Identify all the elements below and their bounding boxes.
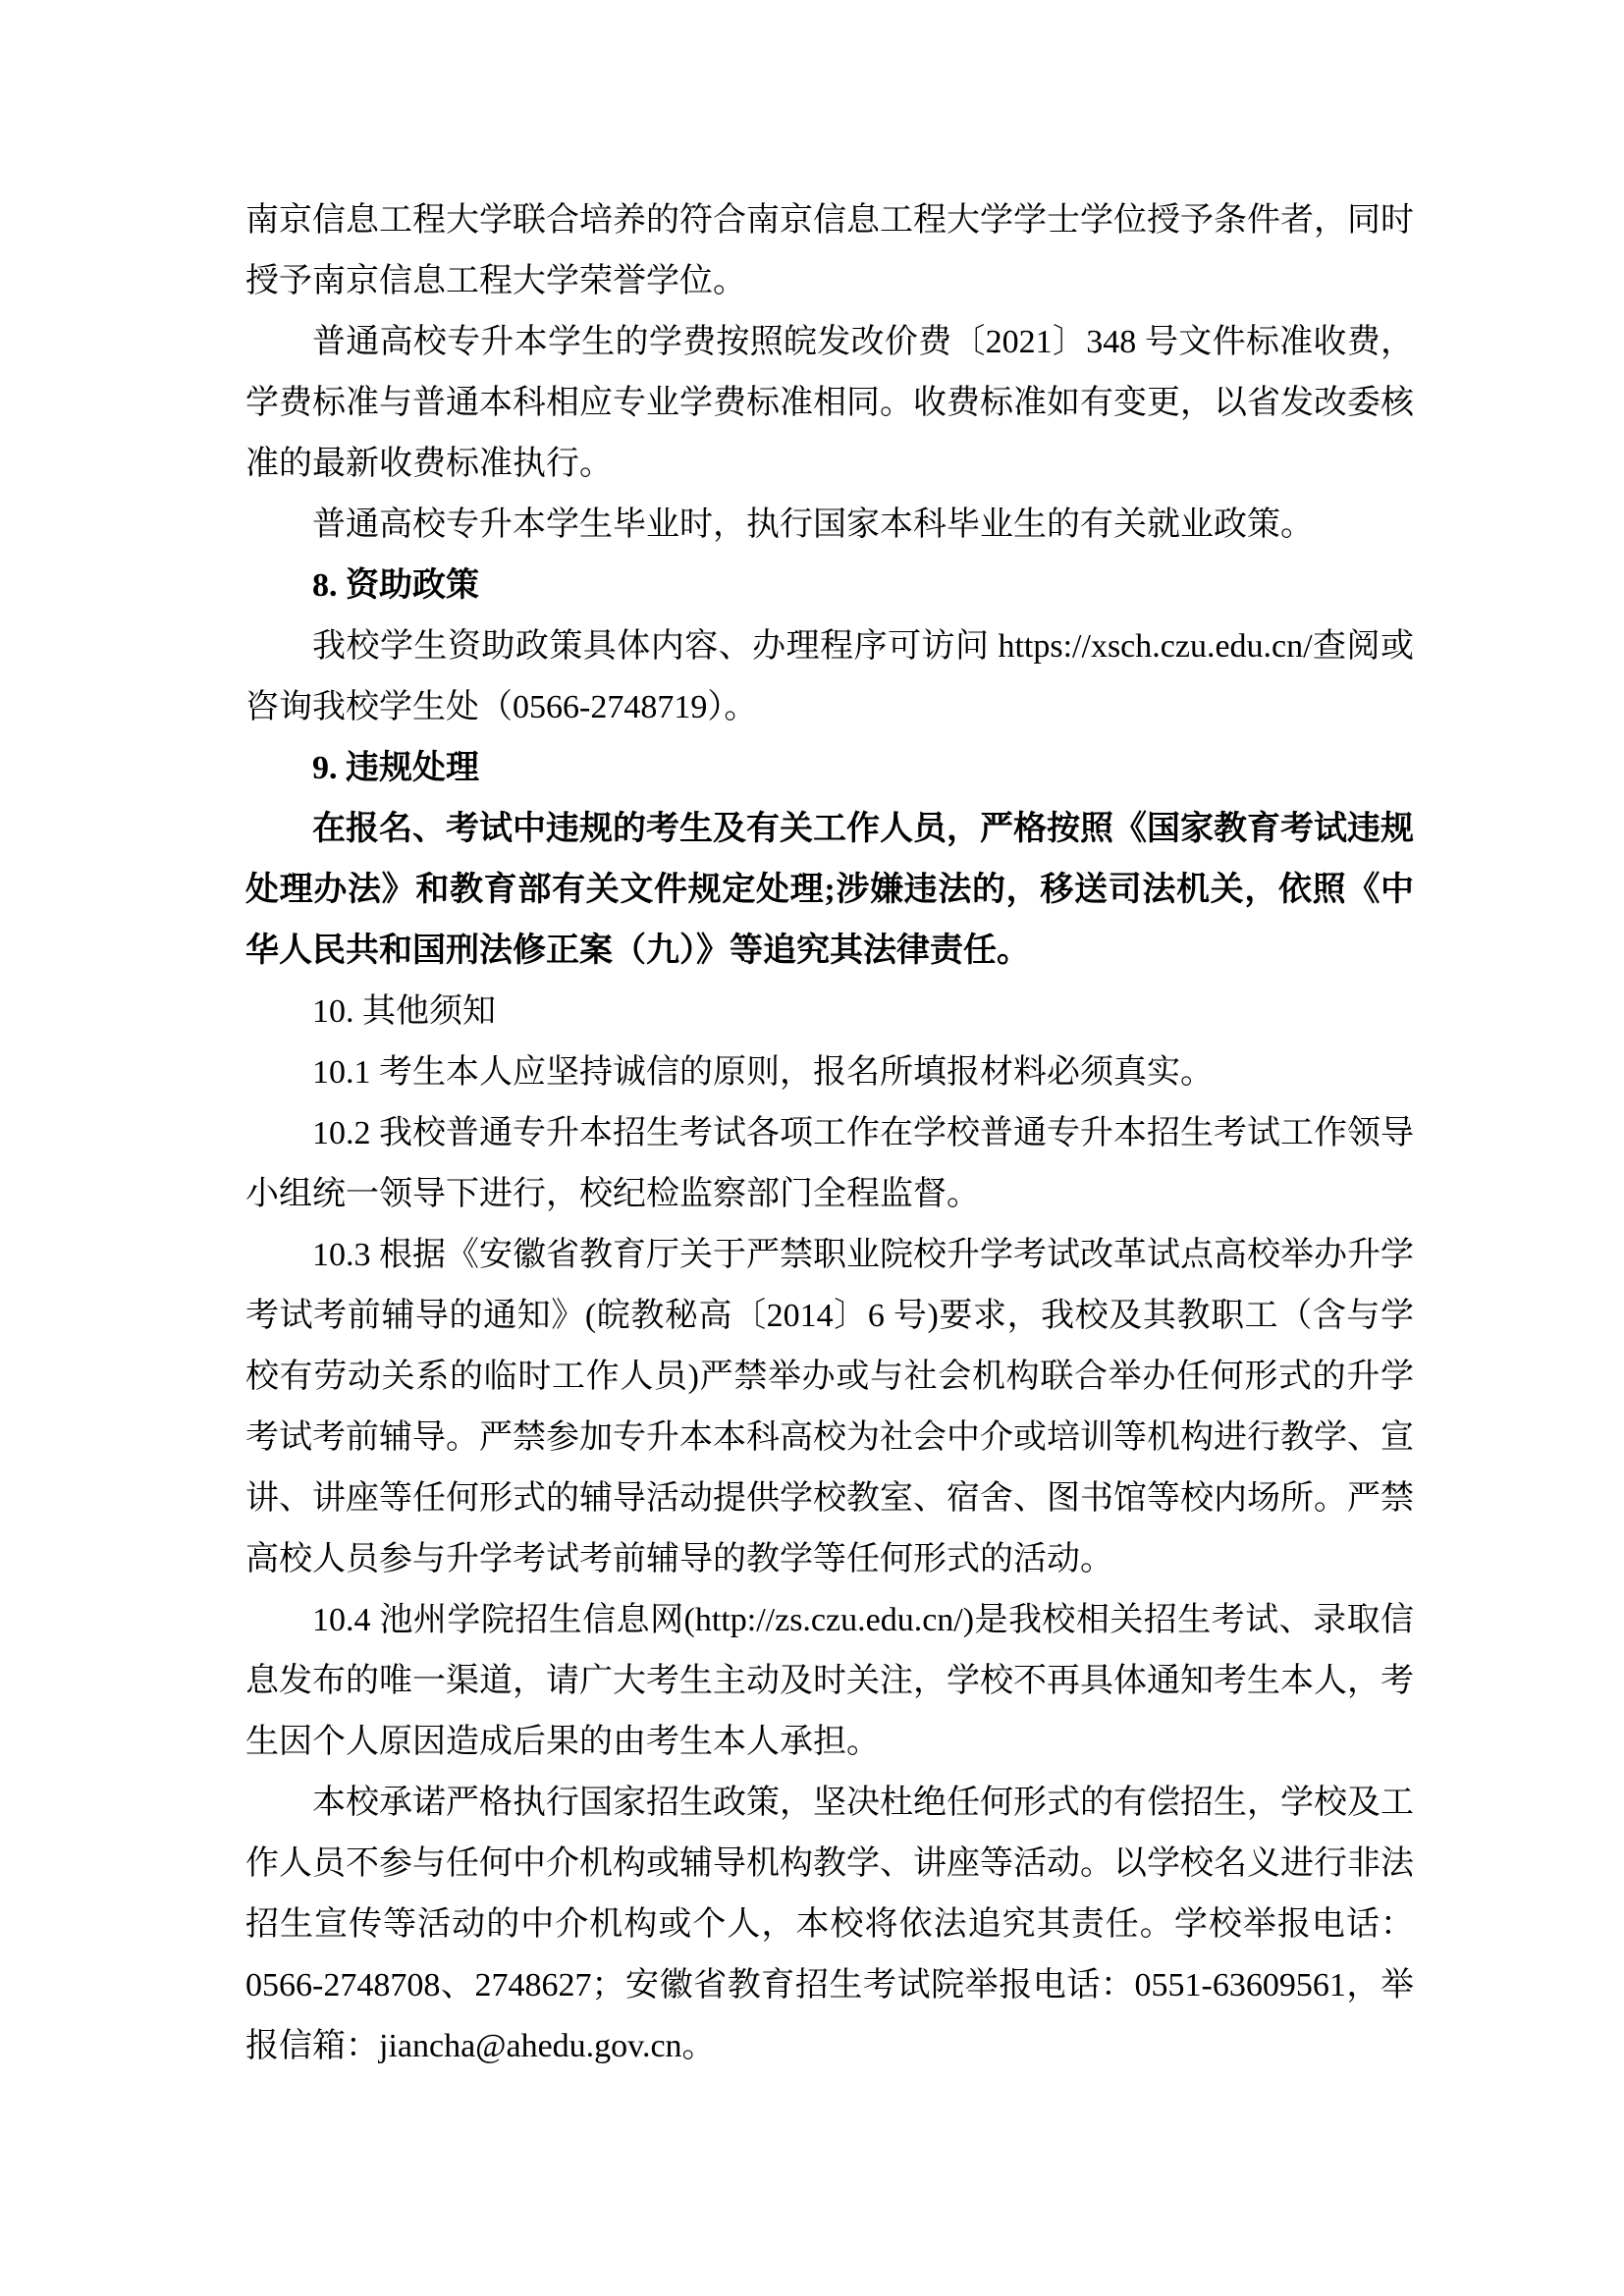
document-page: 南京信息工程大学联合培养的符合南京信息工程大学学士学位授予条件者，同时授予南京信… (0, 0, 1624, 2296)
heading-9-violation-handling: 9. 违规处理 (245, 738, 1414, 799)
paragraph-10-4-admission-website: 10.4 池州学院招生信息网(http://zs.czu.edu.cn/)是我校… (245, 1590, 1414, 1773)
heading-10-other-notes: 10. 其他须知 (245, 982, 1414, 1042)
document-text-block: 南京信息工程大学联合培养的符合南京信息工程大学学士学位授予条件者，同时授予南京信… (245, 190, 1414, 2077)
paragraph-10-2-supervision: 10.2 我校普通专升本招生考试各项工作在学校普通专升本招生考试工作领导小组统一… (245, 1103, 1414, 1225)
paragraph-violation-handling: 在报名、考试中违规的考生及有关工作人员，严格按照《国家教育考试违规处理办法》和教… (245, 799, 1414, 982)
paragraph-funding-policy: 我校学生资助政策具体内容、办理程序可访问 https://xsch.czu.ed… (245, 616, 1414, 738)
paragraph-commitment-report-contacts: 本校承诺严格执行国家招生政策，坚决杜绝任何形式的有偿招生，学校及工作人员不参与任… (245, 1773, 1414, 2077)
paragraph-tuition-policy: 普通高校专升本学生的学费按照皖发改价费〔2021〕348 号文件标准收费，学费标… (245, 312, 1414, 495)
paragraph-10-3-tutoring-ban: 10.3 根据《安徽省教育厅关于严禁职业院校升学考试改革试点高校举办升学考试考前… (245, 1225, 1414, 1590)
paragraph-10-1-integrity: 10.1 考生本人应坚持诚信的原则，报名所填报材料必须真实。 (245, 1042, 1414, 1103)
paragraph-joint-degree: 南京信息工程大学联合培养的符合南京信息工程大学学士学位授予条件者，同时授予南京信… (245, 190, 1414, 312)
heading-8-funding-policy: 8. 资助政策 (245, 556, 1414, 616)
paragraph-employment-policy: 普通高校专升本学生毕业时，执行国家本科毕业生的有关就业政策。 (245, 495, 1414, 556)
